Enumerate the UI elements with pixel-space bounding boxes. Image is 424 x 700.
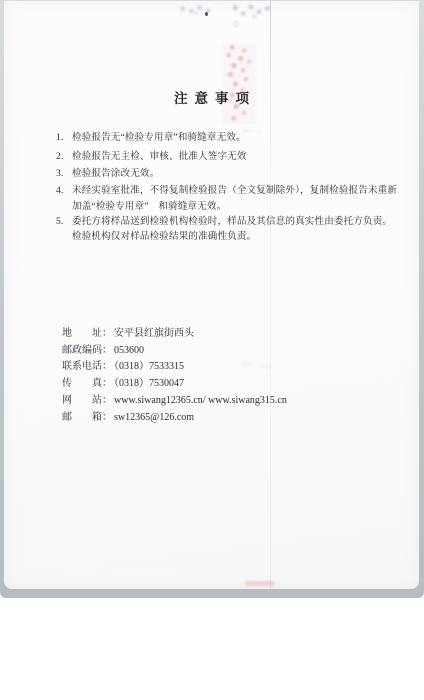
paper-page: 注意事项 1.检验报告无“检验专用章”和骑缝章无效。 2.检验报告无主检、审核、…	[4, 1, 419, 589]
note-4: 4.未经实验室批准，不得复制检验报告（全文复制除外），复制检验报告未重新	[56, 185, 397, 197]
ink-dot	[205, 12, 208, 16]
contact-phone-label: 联系电话：	[62, 361, 112, 372]
note-4-text-line2: 加盖“检验专用章” 和骑缝章无效。	[72, 202, 226, 212]
bleedthrough-smudge-left	[177, 4, 215, 16]
contact-postcode-row: 邮政编码：053600	[62, 344, 144, 357]
note-3-text: 检验报告涂改无效。	[72, 169, 159, 179]
faint-gray-wisp	[235, 358, 283, 372]
contact-fax-row: 传 真：（0318）7530047	[62, 377, 184, 390]
red-seal-residue-strip	[222, 44, 256, 124]
contact-phone-row: 联系电话：（0318）7533315	[62, 360, 184, 373]
bleedthrough-smudge-right	[230, 3, 274, 19]
note-1-number: 1.	[56, 132, 72, 144]
screenshot-root: 注意事项 1.检验报告无“检验专用章”和骑缝章无效。 2.检验报告无主检、审核、…	[0, 0, 424, 700]
note-3-number: 3.	[56, 168, 72, 180]
note-1: 1.检验报告无“检验专用章”和骑缝章无效。	[56, 132, 246, 144]
note-4-text-line1: 未经实验室批准，不得复制检验报告（全文复制除外），复制检验报告未重新	[72, 186, 397, 196]
note-2-number: 2.	[56, 151, 72, 163]
contact-phone-value: （0318）7533315	[114, 361, 184, 372]
contact-address-label: 地 址：	[62, 328, 112, 339]
note-2: 2.检验报告无主检、审核、批准人签字无效	[56, 151, 247, 163]
contact-email-row: 邮 箱：sw12365@126.com	[62, 411, 194, 424]
faint-circle-mark	[233, 21, 239, 27]
contact-fax-value: （0318）7530047	[114, 378, 184, 389]
page-title: 注意事项	[4, 87, 419, 107]
note-5-continuation: 检验机构仅对样品检验结果的准确性负责。	[72, 231, 256, 243]
note-4-continuation: 加盖“检验专用章” 和骑缝章无效。	[72, 201, 226, 213]
contact-address-value: 安平县红旗街西头	[114, 328, 194, 339]
contact-website-label: 网 站：	[62, 395, 112, 406]
note-4-number: 4.	[56, 185, 72, 197]
contact-postcode-label: 邮政编码：	[62, 345, 112, 356]
note-1-text: 检验报告无“检验专用章”和骑缝章无效。	[72, 133, 246, 143]
note-3: 3.检验报告涂改无效。	[56, 168, 159, 180]
note-5-text-line1: 委托方将样品送到检验机构检验时，样品及其信息的真实性由委托方负责。	[72, 217, 392, 227]
note-5: 5.委托方将样品送到检验机构检验时，样品及其信息的真实性由委托方负责。	[56, 216, 392, 228]
contact-email-value: sw12365@126.com	[114, 412, 194, 423]
contact-fax-label: 传 真：	[62, 378, 112, 389]
scanned-sheet: 注意事项 1.检验报告无“检验专用章”和骑缝章无效。 2.检验报告无主检、审核、…	[0, 0, 424, 598]
note-5-text-line2: 检验机构仅对样品检验结果的准确性负责。	[72, 232, 256, 242]
note-5-number: 5.	[56, 216, 72, 228]
contact-postcode-value: 053600	[114, 345, 144, 356]
contact-website-value: www.siwang12365.cn/ www.siwang315.cn	[114, 395, 287, 406]
red-seal-residue-bottom	[245, 581, 275, 586]
contact-website-row: 网 站：www.siwang12365.cn/ www.siwang315.cn	[62, 394, 287, 407]
contact-email-label: 邮 箱：	[62, 412, 112, 423]
note-2-text: 检验报告无主检、审核、批准人签字无效	[72, 152, 247, 162]
contact-address-row: 地 址：安平县红旗街西头	[62, 327, 194, 340]
